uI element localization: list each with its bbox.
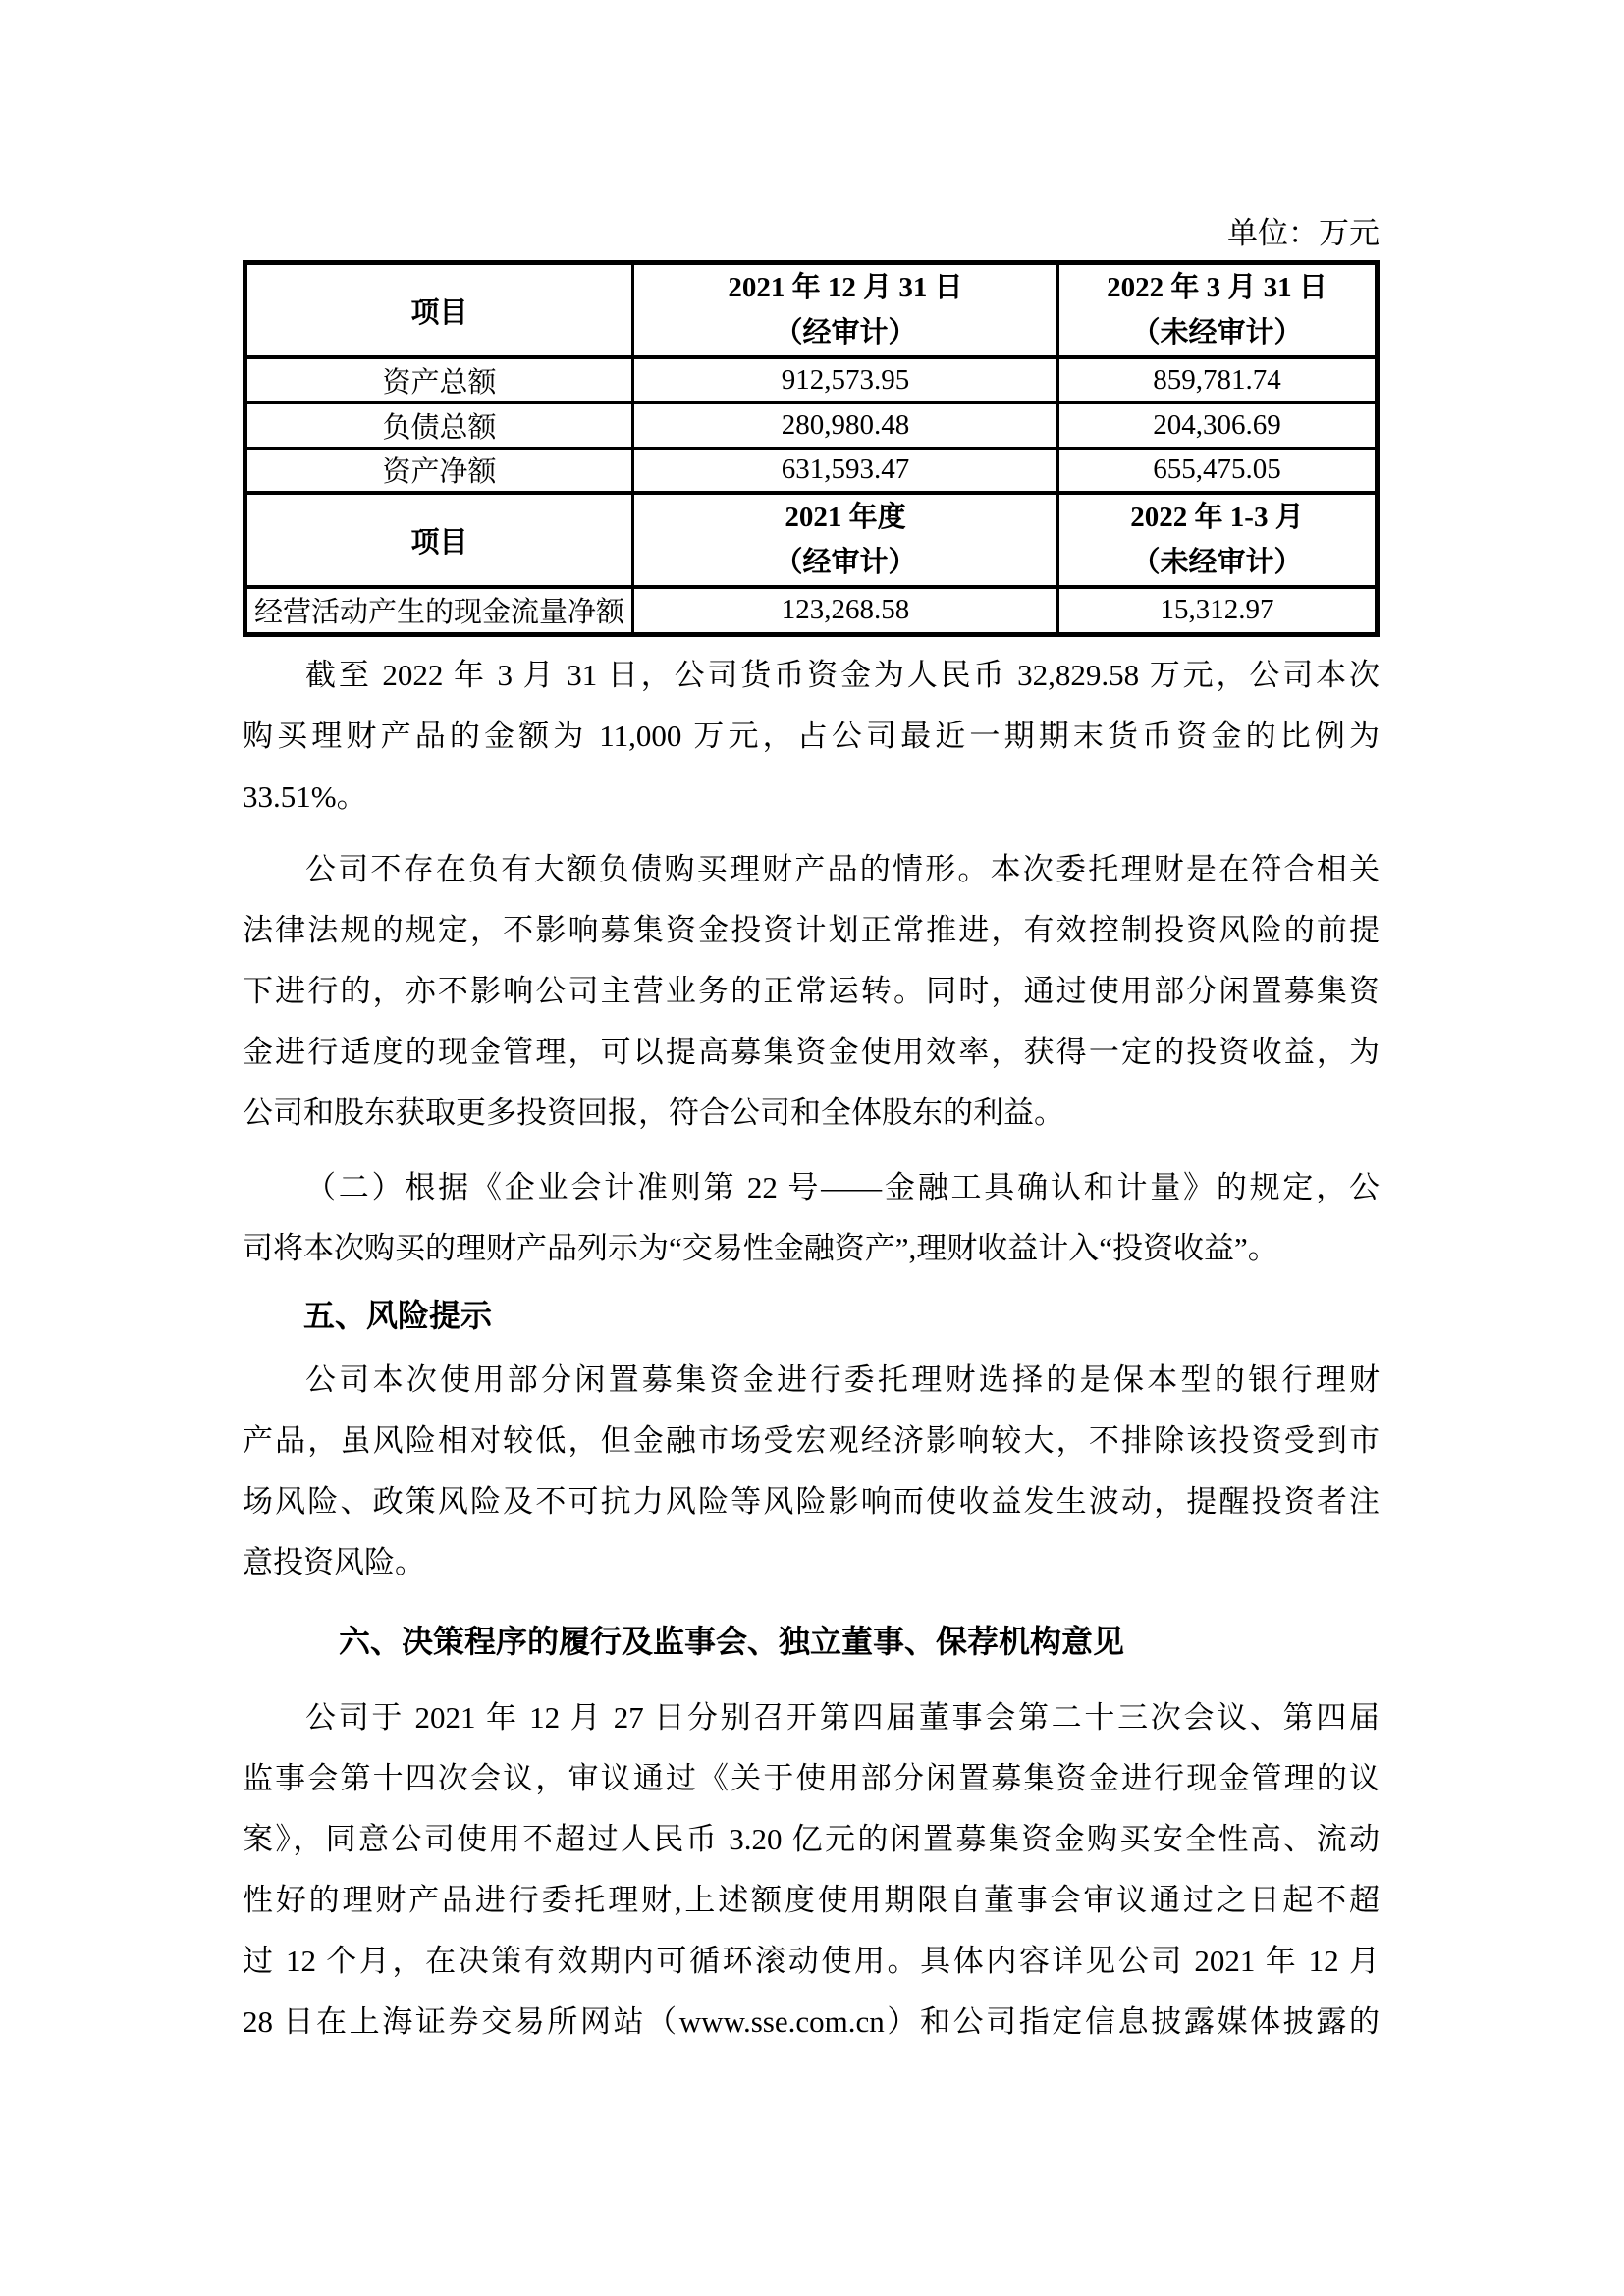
row-label: 经营活动产生的现金流量净额 <box>245 587 633 634</box>
value-2022: 859,781.74 <box>1058 357 1378 402</box>
header-cell-2022-03-31: 2022 年 3 月 31 日 （未经审计） <box>1058 263 1378 358</box>
value-2022: 15,312.97 <box>1058 587 1378 634</box>
text-line: 购买理财产品的金额为 11,000 万元，占公司最近一期期末货币资金的比例为 <box>243 706 1380 767</box>
header-cell-item: 项目 <box>245 263 633 358</box>
text-line: 截至 2022 年 3 月 31 日，公司货币资金为人民币 32,829.58 … <box>243 645 1380 706</box>
header-cell-item: 项目 <box>245 493 633 587</box>
header-cell-2022-q1: 2022 年 1-3 月 （未经审计） <box>1058 493 1378 587</box>
header-audit-line: （未经审计） <box>1063 310 1371 355</box>
text-line: 场风险、政策风险及不可抗力风险等风险影响而使收益发生波动，提醒投资者注 <box>243 1471 1380 1532</box>
header-date-line: 2021 年度 <box>638 495 1053 540</box>
text-line: 案》，同意公司使用不超过人民币 3.20 亿元的闲置募集资金购买安全性高、流动 <box>243 1809 1380 1870</box>
text-line: 公司不存在负有大额负债购买理财产品的情形。本次委托理财是在符合相关 <box>243 839 1380 900</box>
row-label: 资产总额 <box>245 357 633 402</box>
text-line: 金进行适度的现金管理，可以提高募集资金使用效率，获得一定的投资收益，为 <box>243 1022 1380 1083</box>
table-row-total-liabilities: 负债总额 280,980.48 204,306.69 <box>245 402 1378 448</box>
value-2022: 204,306.69 <box>1058 402 1378 448</box>
table-row-net-assets: 资产净额 631,593.47 655,475.05 <box>245 448 1378 493</box>
table-row-total-assets: 资产总额 912,573.95 859,781.74 <box>245 357 1378 402</box>
table-header-row-cash-flow: 项目 2021 年度 （经审计） 2022 年 1-3 月 （未经审计） <box>245 493 1378 587</box>
header-audit-line: （未经审计） <box>1063 540 1371 585</box>
value-2021: 123,268.58 <box>633 587 1058 634</box>
value-2021: 631,593.47 <box>633 448 1058 493</box>
paragraph-risk-description: 公司本次使用部分闲置募集资金进行委托理财选择的是保本型的银行理财 产品，虽风险相… <box>243 1350 1380 1593</box>
text-line: 公司和股东获取更多投资回报，符合公司和全体股东的利益。 <box>243 1083 1380 1144</box>
paragraph-no-large-debt: 公司不存在负有大额负债购买理财产品的情形。本次委托理财是在符合相关 法律法规的规… <box>243 839 1380 1144</box>
text-line: 产品，虽风险相对较低，但金融市场受宏观经济影响较大，不排除该投资受到市 <box>243 1411 1380 1471</box>
document-page: 单位：万元 项目 2021 年 12 月 31 日 （经审计） 2022 年 3… <box>0 0 1624 2296</box>
row-label: 负债总额 <box>245 402 633 448</box>
value-2022: 655,475.05 <box>1058 448 1378 493</box>
text-line: 法律法规的规定，不影响募集资金投资计划正常推进，有效控制投资风险的前提 <box>243 900 1380 961</box>
paragraph-cash-position: 截至 2022 年 3 月 31 日，公司货币资金为人民币 32,829.58 … <box>243 645 1380 828</box>
text-line: 公司于 2021 年 12 月 27 日分别召开第四届董事会第二十三次会议、第四… <box>243 1687 1380 1748</box>
header-audit-line: （经审计） <box>638 540 1053 585</box>
paragraph-board-meetings: 公司于 2021 年 12 月 27 日分别召开第四届董事会第二十三次会议、第四… <box>243 1687 1380 2053</box>
header-date-line: 2022 年 1-3 月 <box>1063 495 1371 540</box>
document-content: 单位：万元 项目 2021 年 12 月 31 日 （经审计） 2022 年 3… <box>243 0 1380 2053</box>
text-line: 意投资风险。 <box>243 1532 1380 1593</box>
text-line: 监事会第十四次会议，审议通过《关于使用部分闲置募集资金进行现金管理的议 <box>243 1748 1380 1809</box>
text-line: 过 12 个月，在决策有效期内可循环滚动使用。具体内容详见公司 2021 年 1… <box>243 1931 1380 1992</box>
table-row-operating-cash-flow: 经营活动产生的现金流量净额 123,268.58 15,312.97 <box>245 587 1378 634</box>
header-date-line: 2021 年 12 月 31 日 <box>638 265 1053 310</box>
paragraph-accounting-standard: （二）根据《企业会计准则第 22 号——金融工具确认和计量》的规定，公 司将本次… <box>243 1157 1380 1279</box>
financial-summary-table: 项目 2021 年 12 月 31 日 （经审计） 2022 年 3 月 31 … <box>243 260 1380 637</box>
text-line: 28 日在上海证券交易所网站（www.sse.com.cn）和公司指定信息披露媒… <box>243 1992 1380 2053</box>
value-2021: 912,573.95 <box>633 357 1058 402</box>
value-2021: 280,980.48 <box>633 402 1058 448</box>
text-line: （二）根据《企业会计准则第 22 号——金融工具确认和计量》的规定，公 <box>243 1157 1380 1218</box>
text-line: 下进行的，亦不影响公司主营业务的正常运转。同时，通过使用部分闲置募集资 <box>243 961 1380 1022</box>
header-audit-line: （经审计） <box>638 310 1053 355</box>
section-heading-decision-procedure: 六、决策程序的履行及监事会、独立董事、保荐机构意见 <box>243 1611 1380 1672</box>
text-line: 司将本次购买的理财产品列示为“交易性金融资产”,理财收益计入“投资收益”。 <box>243 1218 1380 1279</box>
text-line: 33.51%。 <box>243 767 1380 828</box>
header-date-line: 2022 年 3 月 31 日 <box>1063 265 1371 310</box>
header-cell-fy2021: 2021 年度 （经审计） <box>633 493 1058 587</box>
table-header-row-balance-sheet: 项目 2021 年 12 月 31 日 （经审计） 2022 年 3 月 31 … <box>245 263 1378 358</box>
text-line: 性好的理财产品进行委托理财,上述额度使用期限自董事会审议通过之日起不超 <box>243 1870 1380 1931</box>
text-line: 公司本次使用部分闲置募集资金进行委托理财选择的是保本型的银行理财 <box>243 1350 1380 1411</box>
section-heading-risk-warning: 五、风险提示 <box>243 1285 1380 1346</box>
unit-label: 单位：万元 <box>243 0 1380 250</box>
header-cell-2021-12-31: 2021 年 12 月 31 日 （经审计） <box>633 263 1058 358</box>
row-label: 资产净额 <box>245 448 633 493</box>
